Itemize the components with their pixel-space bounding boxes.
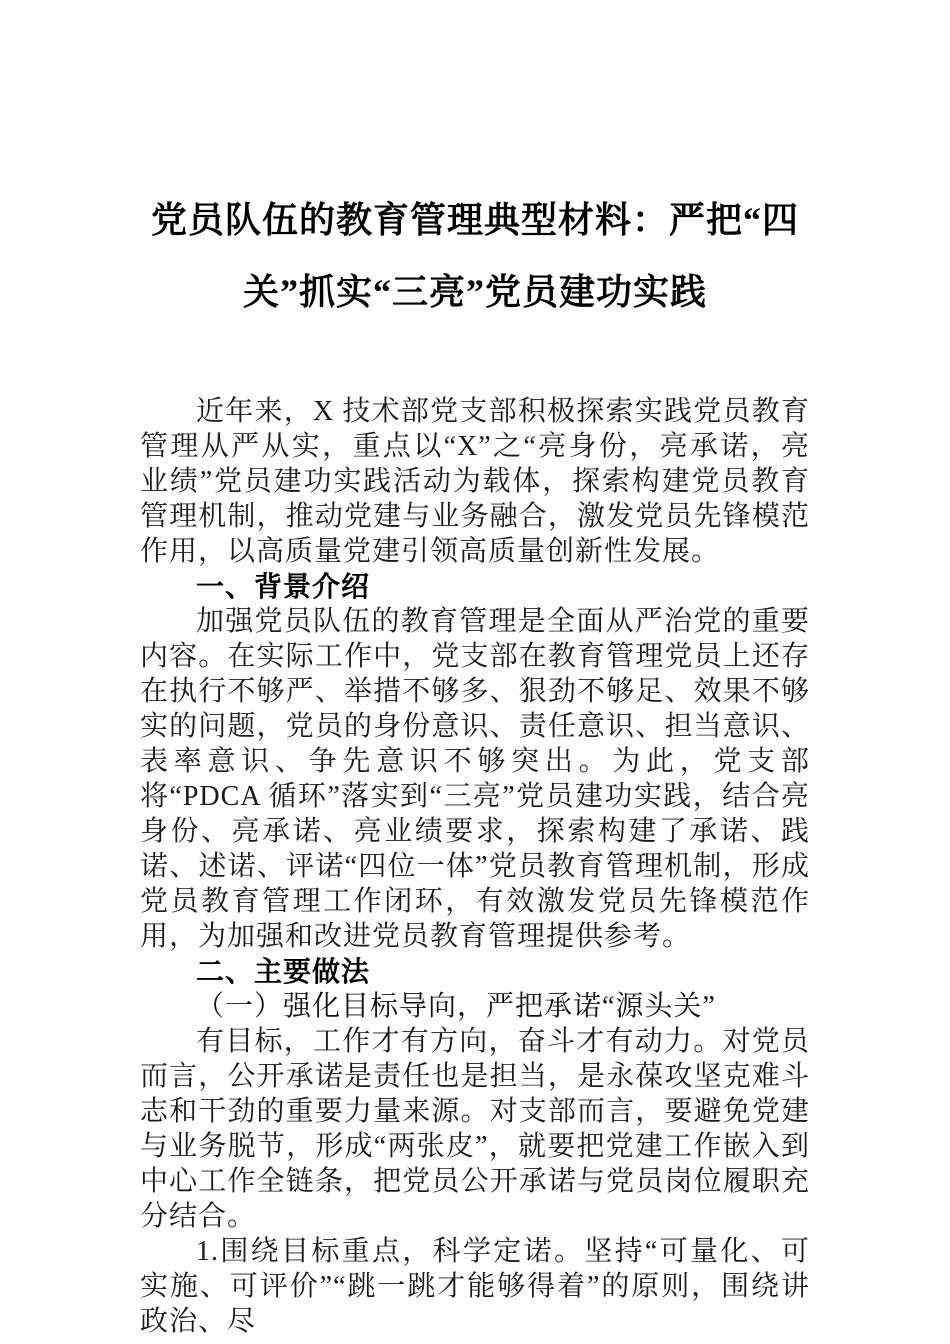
- paragraph: 有目标，工作才有方向，奋斗才有动力。对党员而言，公开承诺是责任也是担当，是永葆攻…: [140, 1024, 810, 1234]
- document-page: 党员队伍的教育管理典型材料：严把“四 关”抓实“三亮”党员建功实践 近年来，X …: [0, 0, 950, 1344]
- section-heading: 一、背景介绍: [140, 569, 810, 604]
- section-heading: 二、主要做法: [140, 954, 810, 989]
- paragraph: 加强党员队伍的教育管理是全面从严治党的重要内容。在实际工作中，党支部在教育管理党…: [140, 604, 810, 954]
- document-title: 党员队伍的教育管理典型材料：严把“四 关”抓实“三亮”党员建功实践: [140, 184, 810, 328]
- document-title-line-2: 关”抓实“三亮”党员建功实践: [140, 256, 810, 328]
- document-body: 近年来，X 技术部党支部积极探索实践党员教育管理从严从实，重点以“X”之“亮身份…: [140, 394, 810, 1339]
- section-heading: （一）强化目标导向，严把承诺“源头关”: [140, 989, 810, 1024]
- document-title-line-1: 党员队伍的教育管理典型材料：严把“四: [140, 184, 810, 256]
- paragraph: 近年来，X 技术部党支部积极探索实践党员教育管理从严从实，重点以“X”之“亮身份…: [140, 394, 810, 569]
- paragraph: 1.围绕目标重点，科学定诺。坚持“可量化、可实施、可评价”“跳一跳才能够得着”的…: [140, 1234, 810, 1339]
